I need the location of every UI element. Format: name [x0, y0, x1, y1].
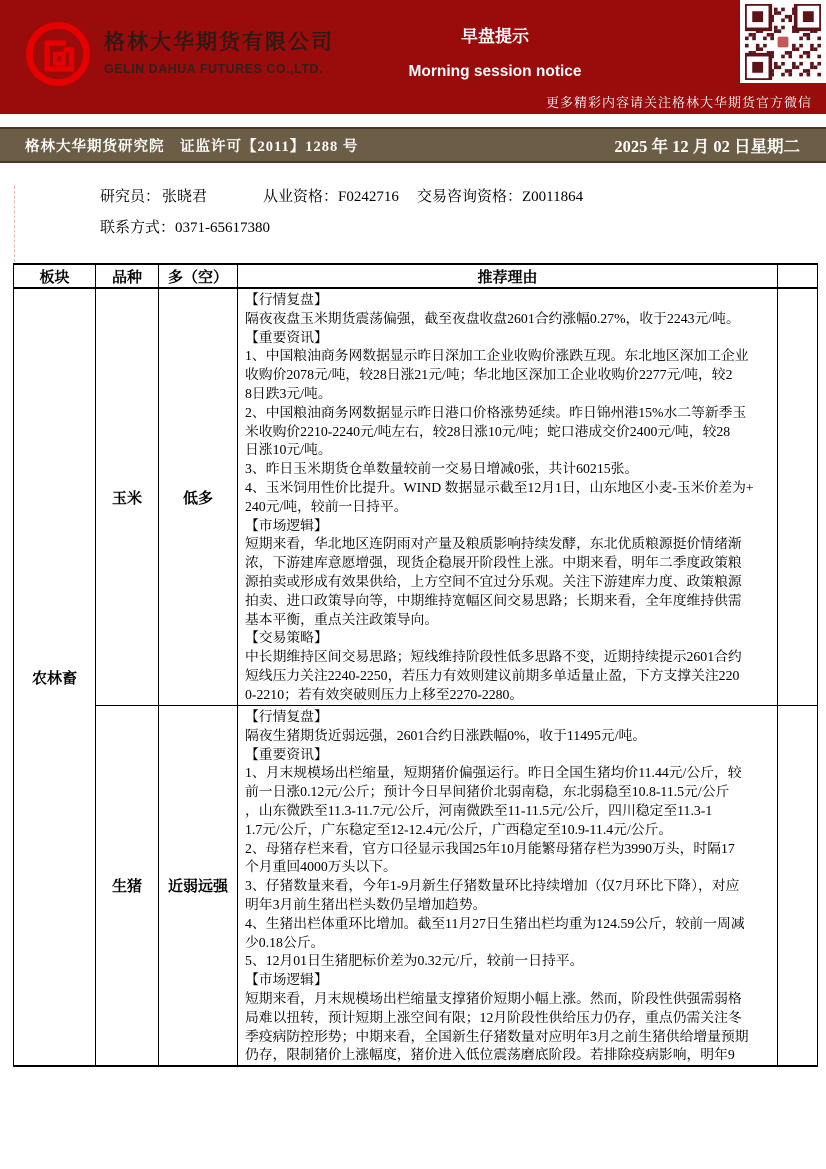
col-header-reason: 推荐理由: [238, 265, 778, 289]
reason-line: 米收购价2210-2240元/吨左右，较28日涨10元/吨；蛇口港成交价2400…: [245, 423, 775, 442]
reason-line: 【重要资讯】: [245, 746, 775, 765]
advisory-number: 交易咨询资格：Z0011864: [417, 185, 583, 206]
reason-line: 收购价2078元/吨，较28日涨21元/吨；华北地区深加工企业收购价2277元/…: [245, 366, 775, 385]
reason-line: 1、中国粮油商务网数据显示昨日深加工企业收购价涨跌互现。东北地区深加工企业: [245, 347, 775, 366]
institute-license: 格林大华期货研究院 证监许可【2011】1288 号: [25, 135, 358, 156]
variety-cell: 生猪: [96, 706, 159, 1065]
reason-line: 2、母猪存栏来看，官方口径显示我国25年10月能繁母猪存栏为3990万头，时隔1…: [245, 840, 775, 859]
reason-cell: 【行情复盘】隔夜生猪期货近弱远强，2601合约日涨跌幅0%，收于11495元/吨…: [238, 706, 778, 1065]
reason-line: 【行情复盘】: [245, 291, 775, 310]
report-title-cn: 早盘提示: [370, 22, 620, 47]
contact-phone: 联系方式：0371-65617380: [100, 216, 270, 237]
empty-cell: [778, 289, 817, 706]
reason-line: 隔夜生猪期货近弱远强，2601合约日涨跌幅0%，收于11495元/吨。: [245, 727, 775, 746]
reason-line: 2、中国粮油商务网数据显示昨日港口价格涨势延续。昨日锦州港15%水二等新季玉: [245, 404, 775, 423]
reason-line: 源拍卖或形成有效果供给，上方空间不宜过分乐观。关注下游建库力度、政策粮源: [245, 573, 775, 592]
empty-cell: [778, 706, 817, 1065]
reason-line: 【行情复盘】: [245, 708, 775, 727]
reason-line: 仍存，限制猪价上涨幅度，猪价进入低位震荡磨底阶段。若排除疫病影响，明年9: [245, 1046, 775, 1065]
reason-line: 短线压力关注2240-2250，若压力有效则建议前期多单适量止盈，下方支撑关注2…: [245, 667, 775, 686]
reason-line: 4、玉米饲用性价比提升。WIND 数据显示截至12月1日，山东地区小麦-玉米价差…: [245, 479, 775, 498]
wechat-note: 更多精彩内容请关注格林大华期货官方微信: [546, 92, 812, 111]
reason-line: 5、12月01日生猪肥标价差为0.32元/斤，较前一日持平。: [245, 952, 775, 971]
reason-line: 【市场逻辑】: [245, 517, 775, 536]
reason-line: 季疫病防控形势；中期来看，全国新生仔猪数量对应明年3月之前生猪供给增量预期: [245, 1028, 775, 1047]
reason-line: 拍卖、进口政策导向等，中期维持宽幅区间交易思路；长期来看，全年度维持供需: [245, 592, 775, 611]
reason-line: 个月重回4000万头以下。: [245, 858, 775, 877]
reason-line: 【交易策略】: [245, 629, 775, 648]
col-header-variety: 品种: [96, 265, 159, 289]
reason-line: 8日跌3元/吨。: [245, 385, 775, 404]
company-logo-icon: [24, 20, 92, 88]
col-header-position: 多（空）: [159, 265, 238, 289]
company-logo-block: 格林大华期货有限公司 GELIN DAHUA FUTURES CO.,LTD.: [24, 20, 334, 88]
reason-line: 前一日涨0.12元/公斤；预计今日早间猪价北弱南稳，东北弱稳至10.8-11.5…: [245, 783, 775, 802]
report-title: 早盘提示 Morning session notice: [370, 22, 620, 81]
reason-line: 浓，下游建库意愿增强，现货企稳展开阶段性上涨。中期来看，明年二季度政策粮: [245, 554, 775, 573]
reason-line: 【市场逻辑】: [245, 971, 775, 990]
reason-cell: 【行情复盘】隔夜夜盘玉米期货震荡偏强，截至夜盘收盘2601合约涨幅0.27%，收…: [238, 289, 778, 706]
reason-line: 1.7元/公斤，广东稳定至12-12.4元/公斤，广西稳定至10.9-11.4元…: [245, 821, 775, 840]
margin-guide-line: [14, 186, 15, 262]
reason-line: ，山东微跌至11.3-11.7元/公斤，河南微跌至11-11.5元/公斤，四川稳…: [245, 802, 775, 821]
reason-line: 短期来看，月末规模场出栏缩量支撑猪价短期小幅上涨。然而，阶段性供强需弱格: [245, 990, 775, 1009]
col-header-empty: [778, 265, 817, 289]
reason-line: 中长期维持区间交易思路；短线维持阶段性低多思路不变，近期持续提示2601合约: [245, 648, 775, 667]
qualification-number: 从业资格：F0242716: [263, 185, 399, 206]
reason-line: 明年3月前生猪出栏头数仍呈增加趋势。: [245, 896, 775, 915]
wechat-qr-code: [740, 0, 826, 83]
reason-line: 3、仔猪数量来看，今年1-9月新生仔猪数量环比持续增加（仅7月环比下降），对应: [245, 877, 775, 896]
report-title-en: Morning session notice: [370, 63, 620, 81]
company-name-cn: 格林大华期货有限公司: [104, 30, 334, 56]
company-name-en: GELIN DAHUA FUTURES CO.,LTD.: [104, 60, 334, 78]
reason-line: 基本平衡，重点关注政策导向。: [245, 611, 775, 630]
variety-cell: 玉米: [96, 289, 159, 706]
sector-cell: 农林畜: [14, 289, 96, 1065]
masthead: 格林大华期货有限公司 GELIN DAHUA FUTURES CO.,LTD. …: [0, 0, 826, 114]
reason-line: 少0.18公斤。: [245, 934, 775, 953]
reason-line: 240元/吨，较前一日持平。: [245, 498, 775, 517]
position-cell: 低多: [159, 289, 238, 706]
researcher-name: 张晓君: [162, 185, 207, 206]
reason-line: 4、生猪出栏体重环比增加。截至11月27日生猪出栏均重为124.59公斤，较前一…: [245, 915, 775, 934]
report-date: 2025 年 12 月 02 日星期二: [614, 133, 800, 157]
recommendation-table: 板块 品种 多（空） 推荐理由 农林畜 玉米 低多 【行情复盘】隔夜夜盘玉米期货…: [13, 263, 818, 1067]
reason-line: 隔夜夜盘玉米期货震荡偏强，截至夜盘收盘2601合约涨幅0.27%，收于2243元…: [245, 310, 775, 329]
reason-line: 【重要资讯】: [245, 329, 775, 348]
reason-line: 局难以扭转，预计短期上涨空间有限；12月阶段性供给压力仍存，重点仍需关注冬: [245, 1009, 775, 1028]
researcher-label: 研究员：: [100, 185, 160, 206]
reason-line: 0-2210；若有效突破则压力上移至2270-2280。: [245, 686, 775, 705]
col-header-sector: 板块: [14, 265, 96, 289]
reason-line: 日涨10元/吨。: [245, 441, 775, 460]
reason-line: 短期来看，华北地区连阴雨对产量及粮质影响持续发酵，东北优质粮源挺价情绪渐: [245, 535, 775, 554]
institute-banner: 格林大华期货研究院 证监许可【2011】1288 号 2025 年 12 月 0…: [0, 127, 826, 163]
position-cell: 近弱远强: [159, 706, 238, 1065]
reason-line: 3、昨日玉米期货仓单数量较前一交易日增减0张，共计60215张。: [245, 460, 775, 479]
reason-line: 1、月末规模场出栏缩量，短期猪价偏强运行。昨日全国生猪均价11.44元/公斤，较: [245, 764, 775, 783]
qr-code-icon: [745, 4, 821, 80]
